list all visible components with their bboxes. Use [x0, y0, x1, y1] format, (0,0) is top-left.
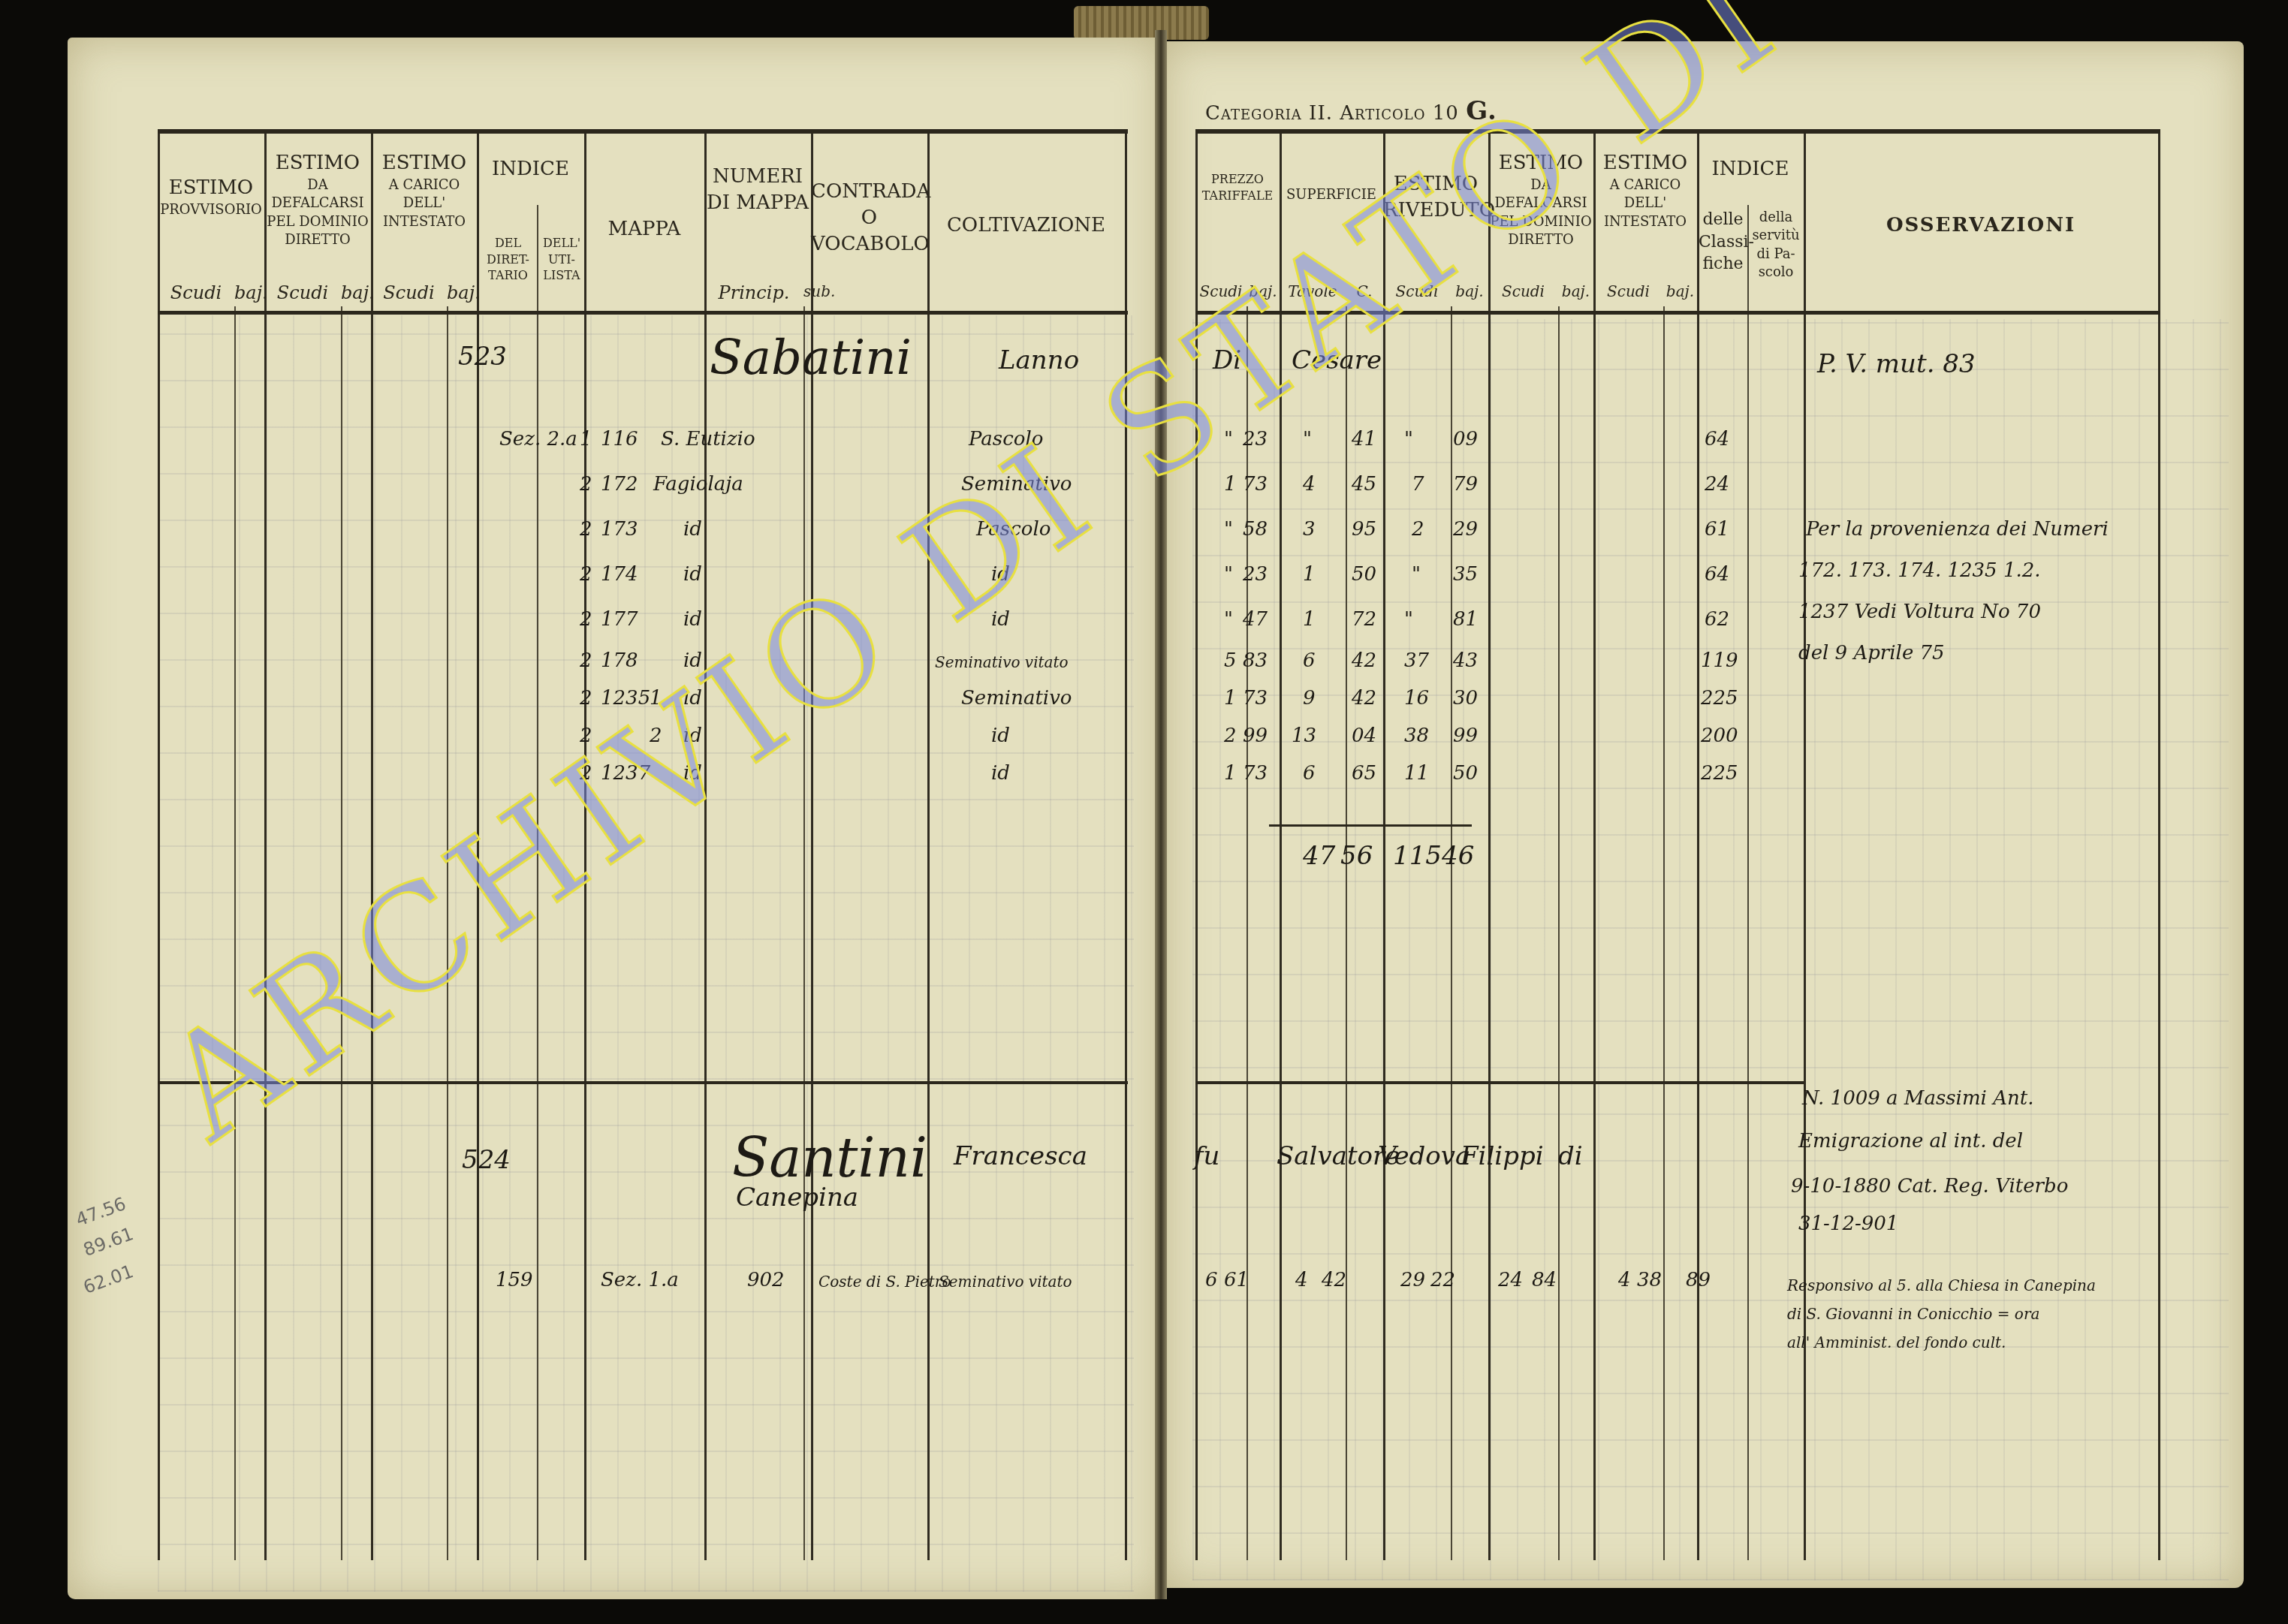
header-superficie: SUPERFICIE [1280, 186, 1383, 204]
header-prezzo-tariffale: PREZZO TARIFFALE [1195, 171, 1280, 203]
owner-given-name: Francesca [954, 1141, 1087, 1171]
owner-residence: Canepina [736, 1183, 858, 1213]
header-numeri-mappa: NUMERI DI MAPPA [704, 164, 811, 216]
owner-spouse: Filippi [1461, 1141, 1544, 1171]
entry-number: 523 [458, 342, 507, 372]
subheader-baj: baj. [341, 282, 371, 303]
owner-status: Vedova [1378, 1141, 1470, 1171]
subheader-baj: baj. [234, 282, 264, 303]
header-indice-direttario: DEL DIRET-TARIO [479, 235, 537, 284]
header-estimo-defalcarsi: ESTIMODA DEFALCARSI PEL DOMINIO DIRETTO [264, 150, 371, 249]
subheader-scudi: Scudi [264, 282, 341, 303]
subheader-baj: baj. [1663, 282, 1697, 300]
subheader-baj: baj. [1451, 282, 1488, 300]
subheader-princip: Princip. [704, 282, 803, 303]
header-estimo-provvisorio: ESTIMOPROVVISORIO [158, 175, 264, 219]
subheader-scudi: Scudi [1383, 282, 1451, 300]
subheader-c: C. [1346, 282, 1383, 300]
note-mutation: P. V. mut. 83 [1817, 349, 1976, 379]
owner-continuation: Di [1213, 345, 1241, 375]
owner-continuation: di [1558, 1141, 1583, 1171]
subheader-scudi: Scudi [1488, 282, 1558, 300]
header-coltivazione: COLTIVAZIONE [927, 212, 1125, 239]
header-estimo-carico: ESTIMOA CARICO DELL' INTESTATO [371, 150, 478, 231]
subheader-scudi: Scudi [158, 282, 234, 303]
header-osservazioni: OSSERVAZIONI [1804, 212, 2158, 239]
bookmark-ribbon [1074, 6, 1209, 40]
header-indice: INDICE [1697, 156, 1804, 182]
owner-surname: Sabatini [710, 330, 912, 386]
running-head: Categoria II. Articolo 10 G. [1205, 96, 1497, 126]
cell-mappa: Sez. 2.a [499, 428, 577, 450]
subheader-scudi: Scudi [371, 282, 447, 303]
subheader-sub: sub. [803, 282, 834, 300]
totals-rule [1269, 824, 1472, 827]
subheader-baj: baj. [1246, 282, 1280, 300]
subheader-tavole: Tavole [1280, 282, 1346, 300]
owner-surname: Santini [732, 1126, 927, 1189]
header-estimo-defalcarsi: ESTIMODA DEFALCARSI PEL DOMINIO DIRETTO [1488, 150, 1593, 249]
subheader-scudi: Scudi [1593, 282, 1663, 300]
header-estimo-carico: ESTIMOA CARICO DELL' INTESTATO [1593, 150, 1697, 231]
header-indice: INDICE [477, 156, 584, 182]
subheader-baj: baj. [447, 282, 477, 303]
owner-continuation: fu [1194, 1141, 1219, 1171]
subheader-scudi: Scudi [1195, 282, 1246, 300]
header-contrada: CONTRADA o VOCABOLO [811, 179, 927, 258]
subheader-baj: baj. [1558, 282, 1593, 300]
header-mappa: MAPPA [584, 216, 704, 243]
header-indice-classifiche: delle Classi-fiche [1699, 209, 1747, 276]
book-spine [1155, 30, 1167, 1599]
header-indice-utilista: DELL' UTI-LISTA [539, 235, 584, 284]
owner-father: Cesare [1292, 345, 1382, 375]
entry-number: 524 [462, 1145, 511, 1175]
header-indice-servitu-pascolo: della servitù di Pa-scolo [1749, 209, 1803, 282]
owner-given-name: Lanno [999, 345, 1079, 375]
left-ledger-table: ESTIMOPROVVISORIO ESTIMODA DEFALCARSI PE… [158, 129, 1128, 1560]
header-estimo-riveduto: ESTIMO RIVEDUTO [1383, 171, 1488, 224]
